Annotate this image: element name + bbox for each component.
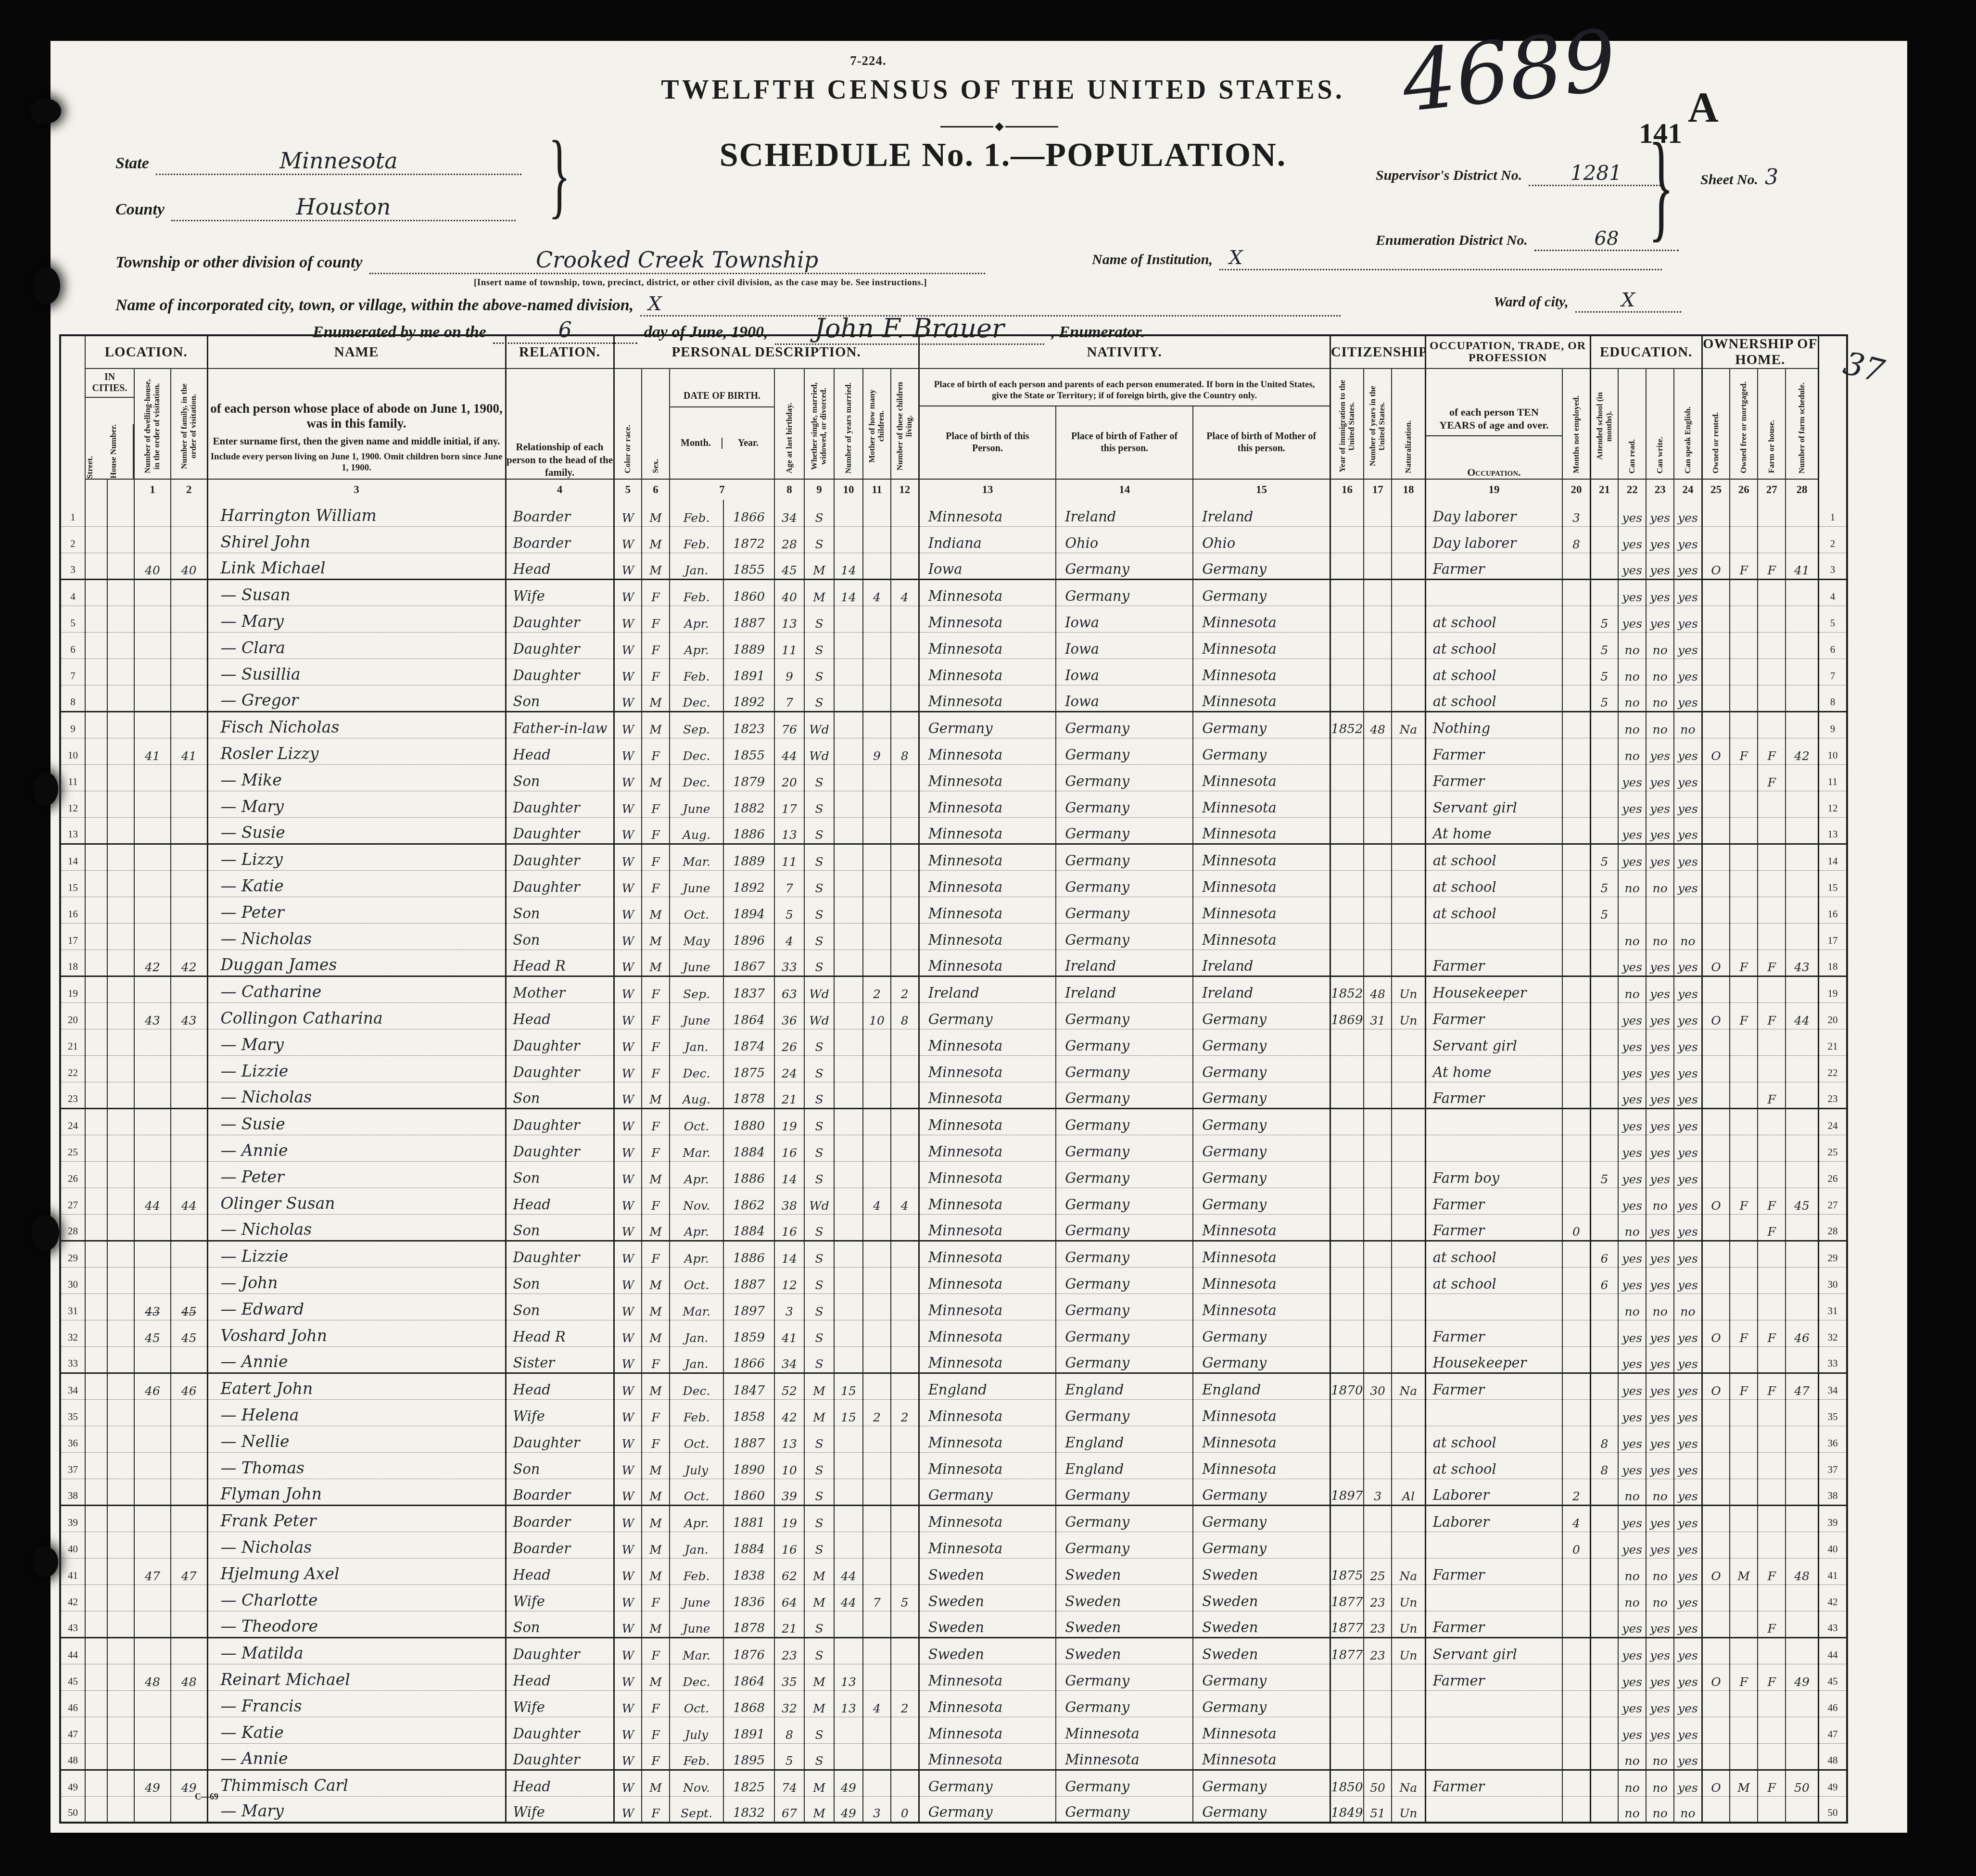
table-row: 19— CatharineMotherWFSep.183763Wd22Irela…: [60, 976, 1847, 1002]
cell-naturalization: [1392, 738, 1425, 764]
cell-occupation: [1425, 1399, 1562, 1426]
cell-can_write: yes: [1646, 1267, 1674, 1293]
cell-family: [171, 1611, 207, 1637]
cell-mortgaged: [1730, 1452, 1758, 1479]
cell-ln2: 1: [1818, 500, 1847, 526]
cell-dwelling: [134, 1452, 171, 1479]
cell-owned: [1702, 1161, 1730, 1188]
header-date-of-birth: DATE OF BIRTH. Month. Year.: [670, 368, 774, 479]
cell-can_read: yes: [1618, 791, 1646, 817]
cell-birth_year: 1886: [723, 1161, 774, 1188]
table-row: 29— LizzieDaughterWFApr.188614SMinnesota…: [60, 1241, 1847, 1267]
table-row: 5— MaryDaughterWFApr.188713SMinnesotaIow…: [60, 606, 1847, 632]
cell-dwelling: [134, 870, 171, 897]
cell-farm: [1758, 897, 1786, 923]
cell-farm_schedule: [1786, 1082, 1818, 1108]
cell-ln: 18: [60, 950, 85, 976]
cell-years_married: [834, 1135, 863, 1161]
cell-marital: Wd: [804, 1002, 834, 1029]
cell-can_read: yes: [1618, 1532, 1646, 1558]
cell-years_us: [1364, 1664, 1392, 1690]
cell-birth_year: 1867: [723, 950, 774, 976]
cell-children_living: [891, 1611, 919, 1637]
cell-street: [85, 923, 107, 950]
cell-school_months: [1590, 1505, 1618, 1532]
cell-farm: [1758, 711, 1786, 738]
table-row: 324545Voshard JohnHead RWMJan.185941SMin…: [60, 1320, 1847, 1346]
cell-mother_of: [863, 1717, 891, 1743]
cell-pob_mother: Germany: [1193, 1320, 1330, 1346]
cell-name: Thimmisch Carl: [207, 1770, 506, 1796]
cell-farm: [1758, 1717, 1786, 1743]
cell-pob: Minnesota: [919, 844, 1056, 870]
cell-house: [107, 1373, 134, 1399]
cell-house: [107, 1029, 134, 1055]
cell-farm: [1758, 1293, 1786, 1320]
cell-months_unemployed: [1562, 923, 1590, 950]
cell-marital: S: [804, 1214, 834, 1241]
colnum-11: 11: [863, 479, 891, 500]
cell-can_speak_english: yes: [1674, 1135, 1702, 1161]
cell-farm_schedule: [1786, 659, 1818, 685]
cell-birth_year: 1875: [723, 1055, 774, 1082]
cell-relation: Daughter: [506, 1055, 614, 1082]
cell-color: W: [614, 950, 642, 976]
cell-farm: [1758, 791, 1786, 817]
cell-birth_year: 1892: [723, 870, 774, 897]
institution-value: X: [1219, 247, 1662, 270]
cell-occupation: Farmer: [1425, 1320, 1562, 1346]
cell-color: W: [614, 659, 642, 685]
cell-years_us: [1364, 1293, 1392, 1320]
cell-years_us: [1364, 897, 1392, 923]
cell-can_write: no: [1646, 1743, 1674, 1770]
cell-street: [85, 1161, 107, 1188]
cell-children_living: 8: [891, 1002, 919, 1029]
cell-can_speak_english: yes: [1674, 976, 1702, 1002]
cell-mother_of: [863, 553, 891, 579]
cell-months_unemployed: [1562, 817, 1590, 844]
cell-mortgaged: [1730, 1743, 1758, 1770]
cell-can_speak_english: no: [1674, 1293, 1702, 1320]
cell-relation: Daughter: [506, 1743, 614, 1770]
cell-immigration: 1877: [1330, 1584, 1364, 1611]
cell-street: [85, 1214, 107, 1241]
cell-dwelling: [134, 764, 171, 791]
cell-pob_father: Germany: [1056, 1055, 1193, 1082]
cell-children_living: [891, 526, 919, 553]
cell-birth_month: Dec.: [670, 1055, 723, 1082]
cell-pob: Minnesota: [919, 870, 1056, 897]
cell-relation: Wife: [506, 1690, 614, 1717]
cell-owned: [1702, 1399, 1730, 1426]
cell-children_living: [891, 606, 919, 632]
cell-naturalization: [1392, 659, 1425, 685]
cell-can_speak_english: yes: [1674, 1452, 1702, 1479]
cell-pob: Minnesota: [919, 1082, 1056, 1108]
cell-can_read: yes: [1618, 1241, 1646, 1267]
cell-can_speak_english: yes: [1674, 1373, 1702, 1399]
colnum-2: 2: [171, 479, 207, 500]
cell-birth_year: 1887: [723, 606, 774, 632]
cell-color: W: [614, 1241, 642, 1267]
cell-color: W: [614, 1584, 642, 1611]
cell-age: 14: [774, 1161, 804, 1188]
cell-pob_mother: Minnesota: [1193, 923, 1330, 950]
cell-pob: Germany: [919, 1770, 1056, 1796]
cell-ln: 47: [60, 1717, 85, 1743]
cell-can_read: no: [1618, 923, 1646, 950]
cell-mortgaged: [1730, 1611, 1758, 1637]
cell-house: [107, 632, 134, 659]
cell-pob_father: Ohio: [1056, 526, 1193, 553]
cell-years_married: 15: [834, 1399, 863, 1426]
cell-school_months: [1590, 1690, 1618, 1717]
cell-birth_year: 1832: [723, 1796, 774, 1823]
cell-occupation: Farmer: [1425, 553, 1562, 579]
cell-name: — Susie: [207, 1108, 506, 1135]
cell-owned: [1702, 1135, 1730, 1161]
cell-children_living: [891, 1770, 919, 1796]
cell-sex: F: [642, 1743, 670, 1770]
cell-name: — Clara: [207, 632, 506, 659]
cell-children_living: [891, 1135, 919, 1161]
cell-can_write: yes: [1646, 764, 1674, 791]
stamp-document-number: 4689: [1398, 12, 1621, 131]
cell-family: [171, 976, 207, 1002]
cell-birth_month: Dec.: [670, 764, 723, 791]
cell-ln: 23: [60, 1082, 85, 1108]
cell-months_unemployed: [1562, 1082, 1590, 1108]
cell-sex: M: [642, 1082, 670, 1108]
cell-pob_father: Germany: [1056, 1241, 1193, 1267]
scanned-census-page: 7-224. TWELFTH CENSUS OF THE UNITED STAT…: [0, 0, 1976, 1876]
cell-mother_of: [863, 632, 891, 659]
cell-farm: [1758, 1479, 1786, 1505]
cell-years_us: [1364, 738, 1392, 764]
cell-naturalization: Un: [1392, 1611, 1425, 1637]
cell-mother_of: [863, 897, 891, 923]
cell-naturalization: [1392, 685, 1425, 711]
cell-can_read: yes: [1618, 1346, 1646, 1373]
cell-age: 4: [774, 923, 804, 950]
cell-can_write: yes: [1646, 1108, 1674, 1135]
cell-name: Collingon Catharina: [207, 1002, 506, 1029]
cell-mortgaged: [1730, 1690, 1758, 1717]
cell-age: 44: [774, 738, 804, 764]
cell-naturalization: [1392, 1055, 1425, 1082]
cell-ln2: 2: [1818, 526, 1847, 553]
cell-sex: M: [642, 1532, 670, 1558]
cell-ln: 12: [60, 791, 85, 817]
cell-age: 21: [774, 1082, 804, 1108]
cell-years_us: [1364, 1214, 1392, 1241]
cell-mother_of: [863, 1135, 891, 1161]
cell-family: [171, 711, 207, 738]
cell-name: — Matilda: [207, 1637, 506, 1664]
cell-mother_of: 4: [863, 1188, 891, 1214]
cell-marital: S: [804, 1267, 834, 1293]
cell-pob: Minnesota: [919, 1108, 1056, 1135]
cell-years_married: [834, 685, 863, 711]
cell-color: W: [614, 897, 642, 923]
cell-street: [85, 1320, 107, 1346]
cell-ln2: 6: [1818, 632, 1847, 659]
cell-dwelling: [134, 1584, 171, 1611]
cell-street: [85, 1584, 107, 1611]
cell-months_unemployed: [1562, 1796, 1590, 1823]
cell-relation: Daughter: [506, 844, 614, 870]
cell-street: [85, 1135, 107, 1161]
cell-sex: F: [642, 1188, 670, 1214]
cell-pob_father: Ireland: [1056, 950, 1193, 976]
cell-farm_schedule: [1786, 1479, 1818, 1505]
cell-marital: Wd: [804, 976, 834, 1002]
cell-farm_schedule: [1786, 1267, 1818, 1293]
cell-family: [171, 1135, 207, 1161]
cell-relation: Daughter: [506, 1426, 614, 1452]
cell-can_write: no: [1646, 659, 1674, 685]
table-row: 314̶3̶4̶5̶— EdwardSonWMMar.18973SMinneso…: [60, 1293, 1847, 1320]
cell-ln: 26: [60, 1161, 85, 1188]
cell-farm_schedule: [1786, 1055, 1818, 1082]
cell-can_read: no: [1618, 738, 1646, 764]
cell-pob: Minnesota: [919, 1055, 1056, 1082]
cell-naturalization: [1392, 1029, 1425, 1055]
cell-birth_month: Apr.: [670, 1161, 723, 1188]
cell-pob_mother: Ohio: [1193, 526, 1330, 553]
cell-can_speak_english: yes: [1674, 553, 1702, 579]
cell-farm: [1758, 844, 1786, 870]
cell-relation: Wife: [506, 1584, 614, 1611]
cell-pob_mother: Minnesota: [1193, 817, 1330, 844]
cell-farm_schedule: [1786, 711, 1818, 738]
table-row: 50— MaryWifeWFSept.183267M4930GermanyGer…: [60, 1796, 1847, 1823]
cell-pob_father: Germany: [1056, 553, 1193, 579]
cell-owned: [1702, 844, 1730, 870]
cell-ln2: 26: [1818, 1161, 1847, 1188]
cell-birth_month: June: [670, 791, 723, 817]
cell-can_speak_english: yes: [1674, 1320, 1702, 1346]
cell-farm: F: [1758, 1320, 1786, 1346]
cell-occupation: at school: [1425, 1452, 1562, 1479]
cell-can_write: yes: [1646, 1611, 1674, 1637]
cell-name: — Mike: [207, 764, 506, 791]
cell-birth_month: Feb.: [670, 659, 723, 685]
cell-years_married: [834, 1214, 863, 1241]
cell-owned: [1702, 606, 1730, 632]
enumeration-district-label: Enumeration District No.: [1376, 232, 1528, 249]
cell-name: Hjelmung Axel: [207, 1558, 506, 1584]
cell-months_unemployed: [1562, 1452, 1590, 1479]
cell-sex: F: [642, 1108, 670, 1135]
cell-mortgaged: [1730, 844, 1758, 870]
cell-mortgaged: [1730, 1796, 1758, 1823]
cell-occupation: At home: [1425, 817, 1562, 844]
cell-age: 32: [774, 1690, 804, 1717]
cell-pob_father: Ireland: [1056, 500, 1193, 526]
cell-age: 13: [774, 1426, 804, 1452]
cell-relation: Son: [506, 1214, 614, 1241]
cell-years_married: [834, 1479, 863, 1505]
cell-mother_of: [863, 950, 891, 976]
cell-years_us: [1364, 500, 1392, 526]
table-row: 39Frank PeterBoarderWMApr.188119SMinneso…: [60, 1505, 1847, 1532]
cell-owned: [1702, 659, 1730, 685]
cell-dwelling: [134, 1135, 171, 1161]
cell-occupation: [1425, 1135, 1562, 1161]
cell-name: — Mary: [207, 606, 506, 632]
cell-dwelling: [134, 606, 171, 632]
colnum-15: 15: [1193, 479, 1330, 500]
header-owned-rented: Owned or rented.: [1702, 368, 1730, 479]
cell-mortgaged: [1730, 923, 1758, 950]
cell-school_months: [1590, 976, 1618, 1002]
cell-pob: Minnesota: [919, 1743, 1056, 1770]
cell-house: [107, 844, 134, 870]
cell-children_living: [891, 1320, 919, 1346]
cell-months_unemployed: [1562, 553, 1590, 579]
cell-age: 28: [774, 526, 804, 553]
cell-years_married: [834, 500, 863, 526]
cell-relation: Boarder: [506, 1505, 614, 1532]
cell-birth_year: 1825: [723, 1770, 774, 1796]
cell-years_married: [834, 1637, 863, 1664]
cell-farm: [1758, 923, 1786, 950]
cell-immigration: [1330, 870, 1364, 897]
cell-house: [107, 1664, 134, 1690]
cell-age: 26: [774, 1029, 804, 1055]
cell-relation: Head: [506, 1373, 614, 1399]
cell-birth_year: 1884: [723, 1214, 774, 1241]
punch-hole: [32, 1546, 58, 1577]
header-pob-person: Place of birth of this Person.: [920, 406, 1056, 479]
cell-school_months: [1590, 1584, 1618, 1611]
cell-can_write: yes: [1646, 1505, 1674, 1532]
cell-occupation: [1425, 1717, 1562, 1743]
cell-pob_mother: Minnesota: [1193, 659, 1330, 685]
cell-farm_schedule: [1786, 1796, 1818, 1823]
cell-relation: Daughter: [506, 606, 614, 632]
cell-age: 45: [774, 553, 804, 579]
cell-can_read: yes: [1618, 1637, 1646, 1664]
cell-pob: Sweden: [919, 1584, 1056, 1611]
cell-relation: Daughter: [506, 1717, 614, 1743]
cell-ln2: 8: [1818, 685, 1847, 711]
cell-relation: Son: [506, 764, 614, 791]
cell-occupation: Day laborer: [1425, 500, 1562, 526]
cell-pob_father: Germany: [1056, 870, 1193, 897]
cell-sex: F: [642, 632, 670, 659]
cell-ln2: 9: [1818, 711, 1847, 738]
cell-can_write: yes: [1646, 1426, 1674, 1452]
cell-name: — Helena: [207, 1399, 506, 1426]
cell-family: [171, 606, 207, 632]
cell-owned: [1702, 711, 1730, 738]
colnum-27: 27: [1758, 479, 1786, 500]
cell-pob_father: Germany: [1056, 1399, 1193, 1426]
cell-street: [85, 844, 107, 870]
cell-relation: Son: [506, 1293, 614, 1320]
cell-owned: O: [1702, 1664, 1730, 1690]
cell-dwelling: [134, 1241, 171, 1267]
cell-ln: 17: [60, 923, 85, 950]
cell-marital: S: [804, 1743, 834, 1770]
cell-name: — Nicholas: [207, 923, 506, 950]
cell-house: [107, 1055, 134, 1082]
cell-pob_father: Sweden: [1056, 1611, 1193, 1637]
table-row: 47— KatieDaughterWFJuly18918SMinnesotaMi…: [60, 1717, 1847, 1743]
cell-mother_of: [863, 1452, 891, 1479]
cell-can_read: yes: [1618, 1082, 1646, 1108]
cell-house: [107, 1558, 134, 1584]
cell-ln2: 39: [1818, 1505, 1847, 1532]
cell-mortgaged: [1730, 606, 1758, 632]
cell-pob: Minnesota: [919, 632, 1056, 659]
cell-can_write: no: [1646, 1293, 1674, 1320]
cell-years_married: 14: [834, 553, 863, 579]
cell-years_married: [834, 844, 863, 870]
cell-birth_year: 1886: [723, 817, 774, 844]
cell-pob: Ireland: [919, 976, 1056, 1002]
cell-age: 21: [774, 1611, 804, 1637]
cell-can_read: yes: [1618, 1399, 1646, 1426]
cell-street: [85, 1532, 107, 1558]
cell-farm: [1758, 685, 1786, 711]
cell-mortgaged: [1730, 791, 1758, 817]
cell-pob: Minnesota: [919, 1029, 1056, 1055]
cell-pob: Minnesota: [919, 1161, 1056, 1188]
cell-owned: O: [1702, 950, 1730, 976]
cell-birth_year: 1884: [723, 1532, 774, 1558]
cell-age: 36: [774, 1002, 804, 1029]
cell-birth_month: Jan.: [670, 1532, 723, 1558]
cell-farm_schedule: [1786, 1161, 1818, 1188]
cell-years_married: [834, 1029, 863, 1055]
cell-pob_father: Germany: [1056, 1320, 1193, 1346]
cell-occupation: at school: [1425, 1267, 1562, 1293]
punch-hole: [33, 772, 58, 806]
cell-house: [107, 1002, 134, 1029]
cell-ln: 34: [60, 1373, 85, 1399]
cell-ln: 20: [60, 1002, 85, 1029]
cell-pob: Minnesota: [919, 1241, 1056, 1267]
header-can-write: Can write.: [1646, 368, 1674, 479]
cell-can_speak_english: yes: [1674, 1002, 1702, 1029]
cell-immigration: [1330, 1717, 1364, 1743]
cell-marital: S: [804, 1611, 834, 1637]
cell-marital: S: [804, 1241, 834, 1267]
cell-occupation: at school: [1425, 632, 1562, 659]
cell-school_months: 5: [1590, 897, 1618, 923]
cell-ln: 4: [60, 579, 85, 606]
cell-immigration: [1330, 553, 1364, 579]
colnum-25: 25: [1702, 479, 1730, 500]
cell-can_read: yes: [1618, 526, 1646, 553]
cell-owned: [1702, 1029, 1730, 1055]
cell-owned: [1702, 632, 1730, 659]
cell-months_unemployed: 0: [1562, 1532, 1590, 1558]
cell-can_write: no: [1646, 1188, 1674, 1214]
cell-can_read: no: [1618, 1770, 1646, 1796]
cell-years_us: [1364, 1346, 1392, 1373]
cell-age: 16: [774, 1532, 804, 1558]
cell-immigration: [1330, 1690, 1364, 1717]
cell-farm_schedule: 50: [1786, 1770, 1818, 1796]
cell-can_speak_english: yes: [1674, 1717, 1702, 1743]
cell-mortgaged: [1730, 1029, 1758, 1055]
cell-pob: Minnesota: [919, 1399, 1056, 1426]
